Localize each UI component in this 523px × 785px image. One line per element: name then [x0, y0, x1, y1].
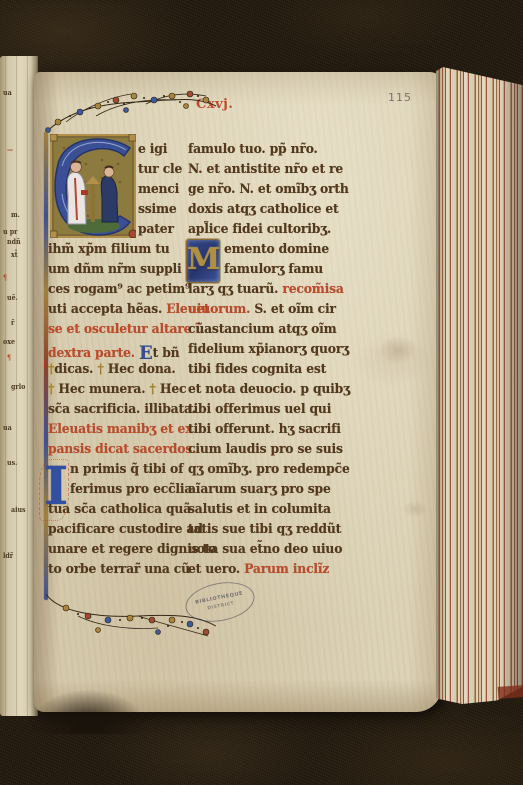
body-text: menci [138, 182, 179, 197]
manuscript-line: pater [138, 222, 174, 242]
edge-text-fragment: xt̃ [11, 250, 18, 259]
body-text: Hec munera. [58, 382, 149, 397]
manuscript-line: tibi offerunt. hʒ sacrifi [188, 422, 341, 442]
text-column-right: famulo tuo. pp̃ nr̃o.N. et antistite nr̃… [188, 142, 356, 572]
body-text: to orbe terrar̃ una cũ [48, 562, 190, 577]
manuscript-line: um dñm nr̃m suppli [48, 262, 182, 282]
pencil-foliation: 115 [388, 91, 412, 104]
body-text: cũastancium atqʒ oĩm [188, 322, 337, 337]
body-text: pater [138, 222, 174, 237]
manuscript-line: N. et antistite nr̃o et re [188, 162, 343, 182]
edge-text-fragment: ndñ [7, 237, 21, 246]
manuscript-line: sc̃a sacrificia. illibata. [48, 402, 196, 422]
body-text: uota sua et̃no deo uiuo [188, 542, 342, 557]
body-text: cium laudis pro se suis [188, 442, 343, 457]
manuscript-line: emento domine [224, 242, 329, 262]
body-text: larʒ qʒ tuarũ. [188, 282, 282, 297]
body-text: e igi [138, 142, 167, 157]
body-text: t bñ [153, 346, 180, 361]
body-text: aĩarum suarʒ pro spe [188, 482, 331, 497]
body-text: salutis et in columita [188, 502, 331, 517]
manuscript-line: uti accepta hẽas. Eleuet [48, 302, 210, 322]
manuscript-line: salutis et in columita [188, 502, 331, 522]
manuscript-line: famulorʒ famu [224, 262, 323, 282]
edge-text-fragment: u pr [3, 227, 17, 236]
edge-text-fragment: ldr̃ [3, 551, 13, 560]
body-text: famulorʒ famu [224, 262, 323, 277]
body-text: sc̃a sacrificia. illibata. [48, 402, 196, 417]
manuscript-line: tua sc̃a catholica quã [48, 502, 191, 522]
body-text: et uero. [188, 562, 244, 577]
body-text: ssime [138, 202, 177, 217]
manuscript-line: cũastancium atqʒ oĩm [188, 322, 337, 342]
rubric-text: pansis dicat sacerdos. [48, 442, 196, 457]
body-text: S. et oĩm cir [254, 302, 335, 317]
body-text: tibi fides cognita est [188, 362, 326, 377]
body-text: famulo tuo. pp̃ nr̃o. [188, 142, 318, 157]
manuscript-line: e igi [138, 142, 167, 162]
manuscript-line: fidelium xp̃ianorʒ quorʒ [188, 342, 349, 362]
manuscript-line: et nota deuocio. p quibʒ [188, 382, 350, 402]
edge-text-fragment: ¶ [3, 273, 7, 282]
manuscript-line: uota sua et̃no deo uiuo [188, 542, 342, 562]
body-text: qʒ omĩbʒ. pro redempc̃e [188, 462, 350, 477]
body-text: tur cle [138, 162, 182, 177]
rubric-text: recom̃isa [282, 282, 343, 297]
manuscript-line: aĩarum suarʒ pro spe [188, 482, 331, 502]
edge-text-fragment: oxe [3, 337, 15, 346]
manuscript-line: †dicas. † Hec dona. [48, 362, 176, 382]
body-text: tatis sue tibi qʒ reddũt [188, 522, 341, 537]
manuscript-line: ssime [138, 202, 177, 222]
edge-text-fragment: ua [3, 423, 12, 432]
edge-text-fragment: ua [3, 88, 12, 97]
body-text: Hec dona. [108, 362, 176, 377]
manuscript-line: Eleuatis manibʒ et ex [48, 422, 192, 442]
body-text: tibi offerimus uel qui [188, 402, 331, 417]
edge-text-fragment: ¶ [7, 353, 11, 362]
body-text: et nota deuocio. p quibʒ [188, 382, 350, 397]
lombard-initial-e: E [139, 342, 153, 364]
manuscript-line: qʒ omĩbʒ. pro redempc̃e [188, 462, 350, 482]
body-text: uti accepta hẽas. [48, 302, 166, 317]
body-text: ge nr̃o. N. et omĩbʒ orth [188, 182, 349, 197]
manuscript-line: n primis q̃ tibi of [70, 462, 183, 482]
edge-text-fragment: r̃ [11, 318, 14, 327]
body-text: n primis q̃ tibi of [70, 462, 183, 477]
manuscript-line: tatis sue tibi qʒ reddũt [188, 522, 341, 542]
fore-edge-page-stack [436, 60, 523, 760]
ivy-border-top-icon [36, 82, 222, 138]
manuscript-line: pacificare custodire ad [48, 522, 203, 542]
body-text: ces rogam⁹ ac petim⁹ [48, 282, 190, 297]
edge-text-fragment: grlo [11, 382, 25, 391]
edge-text-fragment: m. [11, 210, 20, 219]
rubric-text: uiuorum. [188, 302, 254, 317]
body-text: N. et antistite nr̃o et re [188, 162, 343, 177]
body-text: fidelium xp̃ianorʒ quorʒ [188, 342, 349, 357]
photo-background: ua—m.u prndñxt̃¶uẽ.r̃oxe¶grlouaus.aiusld… [0, 0, 523, 785]
rubric-text: dextra parte. [48, 346, 139, 361]
manuscript-line: ge nr̃o. N. et omĩbʒ orth [188, 182, 349, 202]
rubric-text: Parum inclĩz [244, 562, 329, 577]
body-text: ferimus pro ecc̃lia [70, 482, 192, 497]
body-text: † [48, 382, 58, 397]
manuscript-line: tur cle [138, 162, 182, 182]
text-column-left: e igitur clemencissimepaterihm̃ xp̃m fil… [48, 142, 188, 572]
manuscript-line: et uero. Parum inclĩz [188, 562, 329, 582]
manuscript-line: pansis dicat sacerdos. [48, 442, 196, 462]
manuscript-line: dextra parte. Et bñ [48, 342, 179, 362]
manuscript-line: cium laudis pro se suis [188, 442, 343, 462]
manuscript-line: † Hec munera. † Hec [48, 382, 186, 402]
gutter-shadow [28, 688, 148, 734]
body-text: um dñm nr̃m suppli [48, 262, 182, 277]
stamp-text-bottom: DISTRICT [207, 601, 235, 611]
body-text: ihm̃ xp̃m filium tu [48, 242, 170, 257]
manuscript-line: uiuorum. S. et oĩm cir [188, 302, 336, 322]
body-text: pacificare custodire ad [48, 522, 203, 537]
manuscript-line: se et osculetur altare ĩ. [48, 322, 204, 342]
manuscript-line: menci [138, 182, 179, 202]
penwork-initial-i: I [44, 457, 64, 521]
parchment-smudge [378, 336, 418, 364]
manuscript-line: doxis atqʒ catholice et [188, 202, 339, 222]
manuscript-line: tibi fides cognita est [188, 362, 326, 382]
manuscript-line: larʒ qʒ tuarũ. recom̃isa [188, 282, 344, 302]
body-text: dicas. [54, 362, 97, 377]
manuscript-line: ihm̃ xp̃m filium tu [48, 242, 170, 262]
body-text: † [149, 382, 159, 397]
body-text: emento domine [224, 242, 329, 257]
body-text: † [97, 362, 107, 377]
rubric-text: se et osculetur altare ĩ. [48, 322, 204, 337]
edge-text-fragment: aius [11, 505, 26, 514]
body-text: tua sc̃a catholica quã [48, 502, 191, 517]
edge-text-fragment: us. [7, 458, 17, 467]
binding-edge [498, 685, 523, 699]
manuscript-line: ferimus pro ecc̃lia [70, 482, 192, 502]
manuscript-line: to orbe terrar̃ una cũ [48, 562, 190, 582]
rubric-text: Eleuatis manibʒ et ex [48, 422, 192, 437]
body-text: tibi offerunt. hʒ sacrifi [188, 422, 341, 437]
body-text: Hec [160, 382, 186, 397]
manuscript-line: ces rogam⁹ ac petim⁹ [48, 282, 190, 302]
manuscript-line: famulo tuo. pp̃ nr̃o. [188, 142, 318, 162]
body-text: doxis atqʒ catholice et [188, 202, 339, 217]
illuminated-initial-m: M [186, 239, 220, 283]
body-text: apl̃ice fidei cultoribʒ. [188, 222, 331, 237]
parchment-smudge [402, 500, 428, 518]
edge-text-fragment: — [7, 145, 13, 154]
edge-text-fragment: uẽ. [7, 293, 18, 302]
manuscript-line: tibi offerimus uel qui [188, 402, 331, 422]
